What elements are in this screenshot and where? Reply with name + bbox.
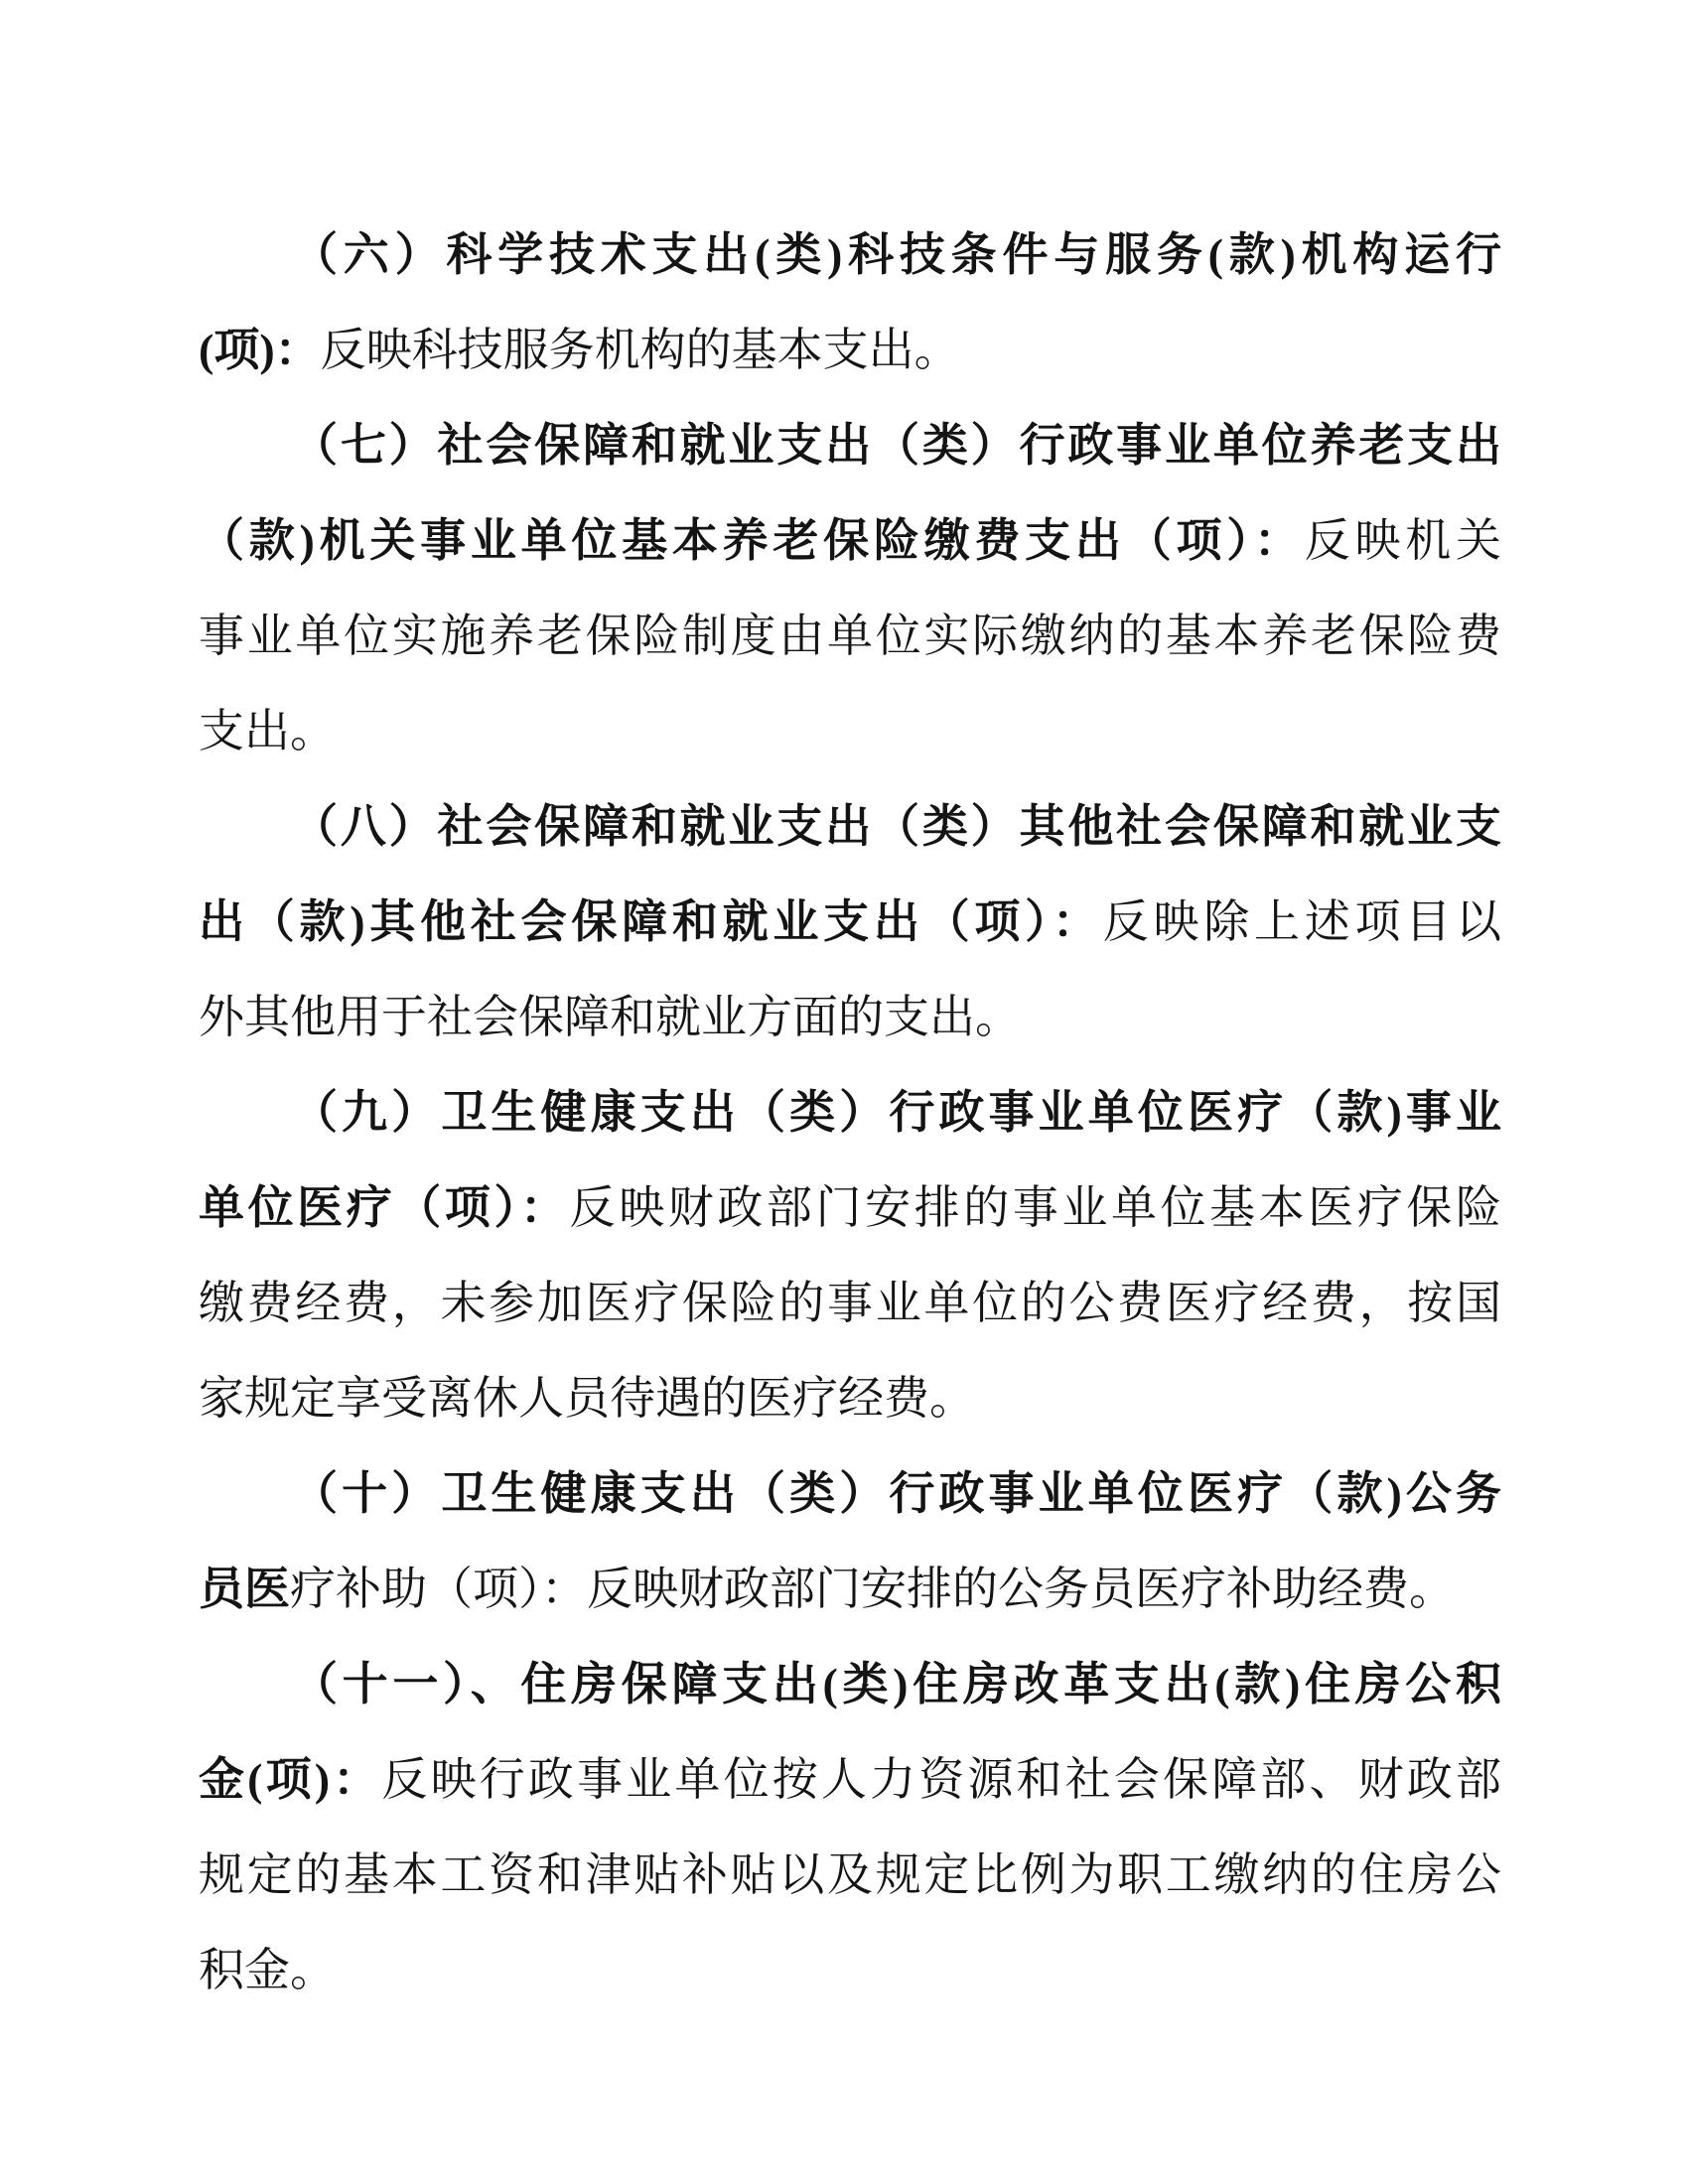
text-line: 外其他用于社会保障和就业方面的支出。 [199, 970, 1501, 1065]
text-line: 规定的基本工资和津贴补贴以及规定比例为职工缴纳的住房公 [199, 1828, 1501, 1923]
text-line: （九）卫生健康支出（类）行政事业单位医疗（款)事业 [199, 1065, 1501, 1160]
text-run: 事业单位实施养老保险制度由单位实际缴纳的基本养老保险费 [199, 611, 1501, 661]
text-line: （十一）、住房保障支出(类)住房改革支出(款)住房公积 [199, 1637, 1501, 1732]
text-run: 缴费经费，未参加医疗保险的事业单位的公费医疗经费，按国 [199, 1278, 1501, 1328]
text-run: 外其他用于社会保障和就业方面的支出。 [199, 992, 1021, 1042]
text-run: 员医 [199, 1564, 290, 1614]
text-run: 家规定享受离休人员待遇的医疗经费。 [199, 1373, 975, 1424]
text-line: (项)：反映科技服务机构的基本支出。 [199, 303, 1501, 398]
paragraph-item-9: （九）卫生健康支出（类）行政事业单位医疗（款)事业 单位医疗（项）：反映财政部门… [199, 1065, 1501, 1446]
text-line: 家规定享受离休人员待遇的医疗经费。 [199, 1351, 1501, 1446]
text-run: 出（款)其他社会保障和就业支出（项）： [199, 896, 1103, 947]
paragraph-item-6: （六）科学技术支出(类)科技条件与服务(款)机构运行 (项)：反映科技服务机构的… [199, 207, 1501, 398]
text-run: （十一）、住房保障支出(类)住房改革支出(款)住房公积 [292, 1659, 1501, 1709]
text-line: （七）社会保障和就业支出（类）行政事业单位养老支出 [199, 398, 1501, 493]
text-run: （款)机关事业单位基本养老保险缴费支出（项）： [199, 515, 1305, 566]
text-run: （八）社会保障和就业支出（类）其他社会保障和就业支 [292, 801, 1501, 852]
paragraph-item-10: （十）卫生健康支出（类）行政事业单位医疗（款)公务 员医疗补助（项）：反映财政部… [199, 1446, 1501, 1637]
text-line: 支出。 [199, 684, 1501, 779]
text-line: （款)机关事业单位基本养老保险缴费支出（项）：反映机关 [199, 493, 1501, 589]
text-line: 员医疗补助（项）：反映财政部门安排的公务员医疗补助经费。 [199, 1542, 1501, 1637]
document-text-block: （六）科学技术支出(类)科技条件与服务(款)机构运行 (项)：反映科技服务机构的… [199, 207, 1501, 2018]
document-page: （六）科学技术支出(类)科技条件与服务(款)机构运行 (项)：反映科技服务机构的… [0, 0, 1688, 2184]
text-run: 反映财政部门安排的事业单位基本医疗保险 [570, 1182, 1501, 1233]
text-line: （十）卫生健康支出（类）行政事业单位医疗（款)公务 [199, 1446, 1501, 1542]
text-line: （八）社会保障和就业支出（类）其他社会保障和就业支 [199, 779, 1501, 875]
text-line: 缴费经费，未参加医疗保险的事业单位的公费医疗经费，按国 [199, 1256, 1501, 1351]
text-run: 单位医疗（项）： [199, 1182, 570, 1233]
text-run: 反映行政事业单位按人力资源和社会保障部、财政部 [381, 1754, 1501, 1805]
text-run: 反映除上述项目以 [1103, 896, 1501, 947]
text-run: 反映科技服务机构的基本支出。 [321, 325, 960, 375]
text-run: 支出。 [199, 706, 336, 756]
paragraph-item-7: （七）社会保障和就业支出（类）行政事业单位养老支出 （款)机关事业单位基本养老保… [199, 398, 1501, 779]
text-run: 规定的基本工资和津贴补贴以及规定比例为职工缴纳的住房公 [199, 1849, 1501, 1900]
paragraph-item-11: （十一）、住房保障支出(类)住房改革支出(款)住房公积 金(项)：反映行政事业单… [199, 1637, 1501, 2018]
text-run: （七）社会保障和就业支出（类）行政事业单位养老支出 [292, 420, 1501, 471]
text-line: 积金。 [199, 1923, 1501, 2018]
text-run: （六）科学技术支出(类)科技条件与服务(款)机构运行 [292, 229, 1501, 280]
text-run: 反映机关 [1305, 515, 1501, 566]
text-run: （九）卫生健康支出（类）行政事业单位医疗（款)事业 [292, 1087, 1501, 1138]
text-line: 单位医疗（项）：反映财政部门安排的事业单位基本医疗保险 [199, 1160, 1501, 1256]
text-line: 出（款)其他社会保障和就业支出（项）：反映除上述项目以 [199, 875, 1501, 970]
text-line: 事业单位实施养老保险制度由单位实际缴纳的基本养老保险费 [199, 589, 1501, 684]
paragraph-item-8: （八）社会保障和就业支出（类）其他社会保障和就业支 出（款)其他社会保障和就业支… [199, 779, 1501, 1065]
text-run: 疗补助（项）：反映财政部门安排的公务员医疗补助经费。 [290, 1564, 1455, 1614]
text-run: 金(项)： [199, 1754, 381, 1805]
text-run: 积金。 [199, 1945, 336, 1995]
text-line: （六）科学技术支出(类)科技条件与服务(款)机构运行 [199, 207, 1501, 303]
text-run: (项)： [199, 325, 321, 375]
text-run: （十）卫生健康支出（类）行政事业单位医疗（款)公务 [292, 1468, 1501, 1519]
text-line: 金(项)：反映行政事业单位按人力资源和社会保障部、财政部 [199, 1732, 1501, 1828]
